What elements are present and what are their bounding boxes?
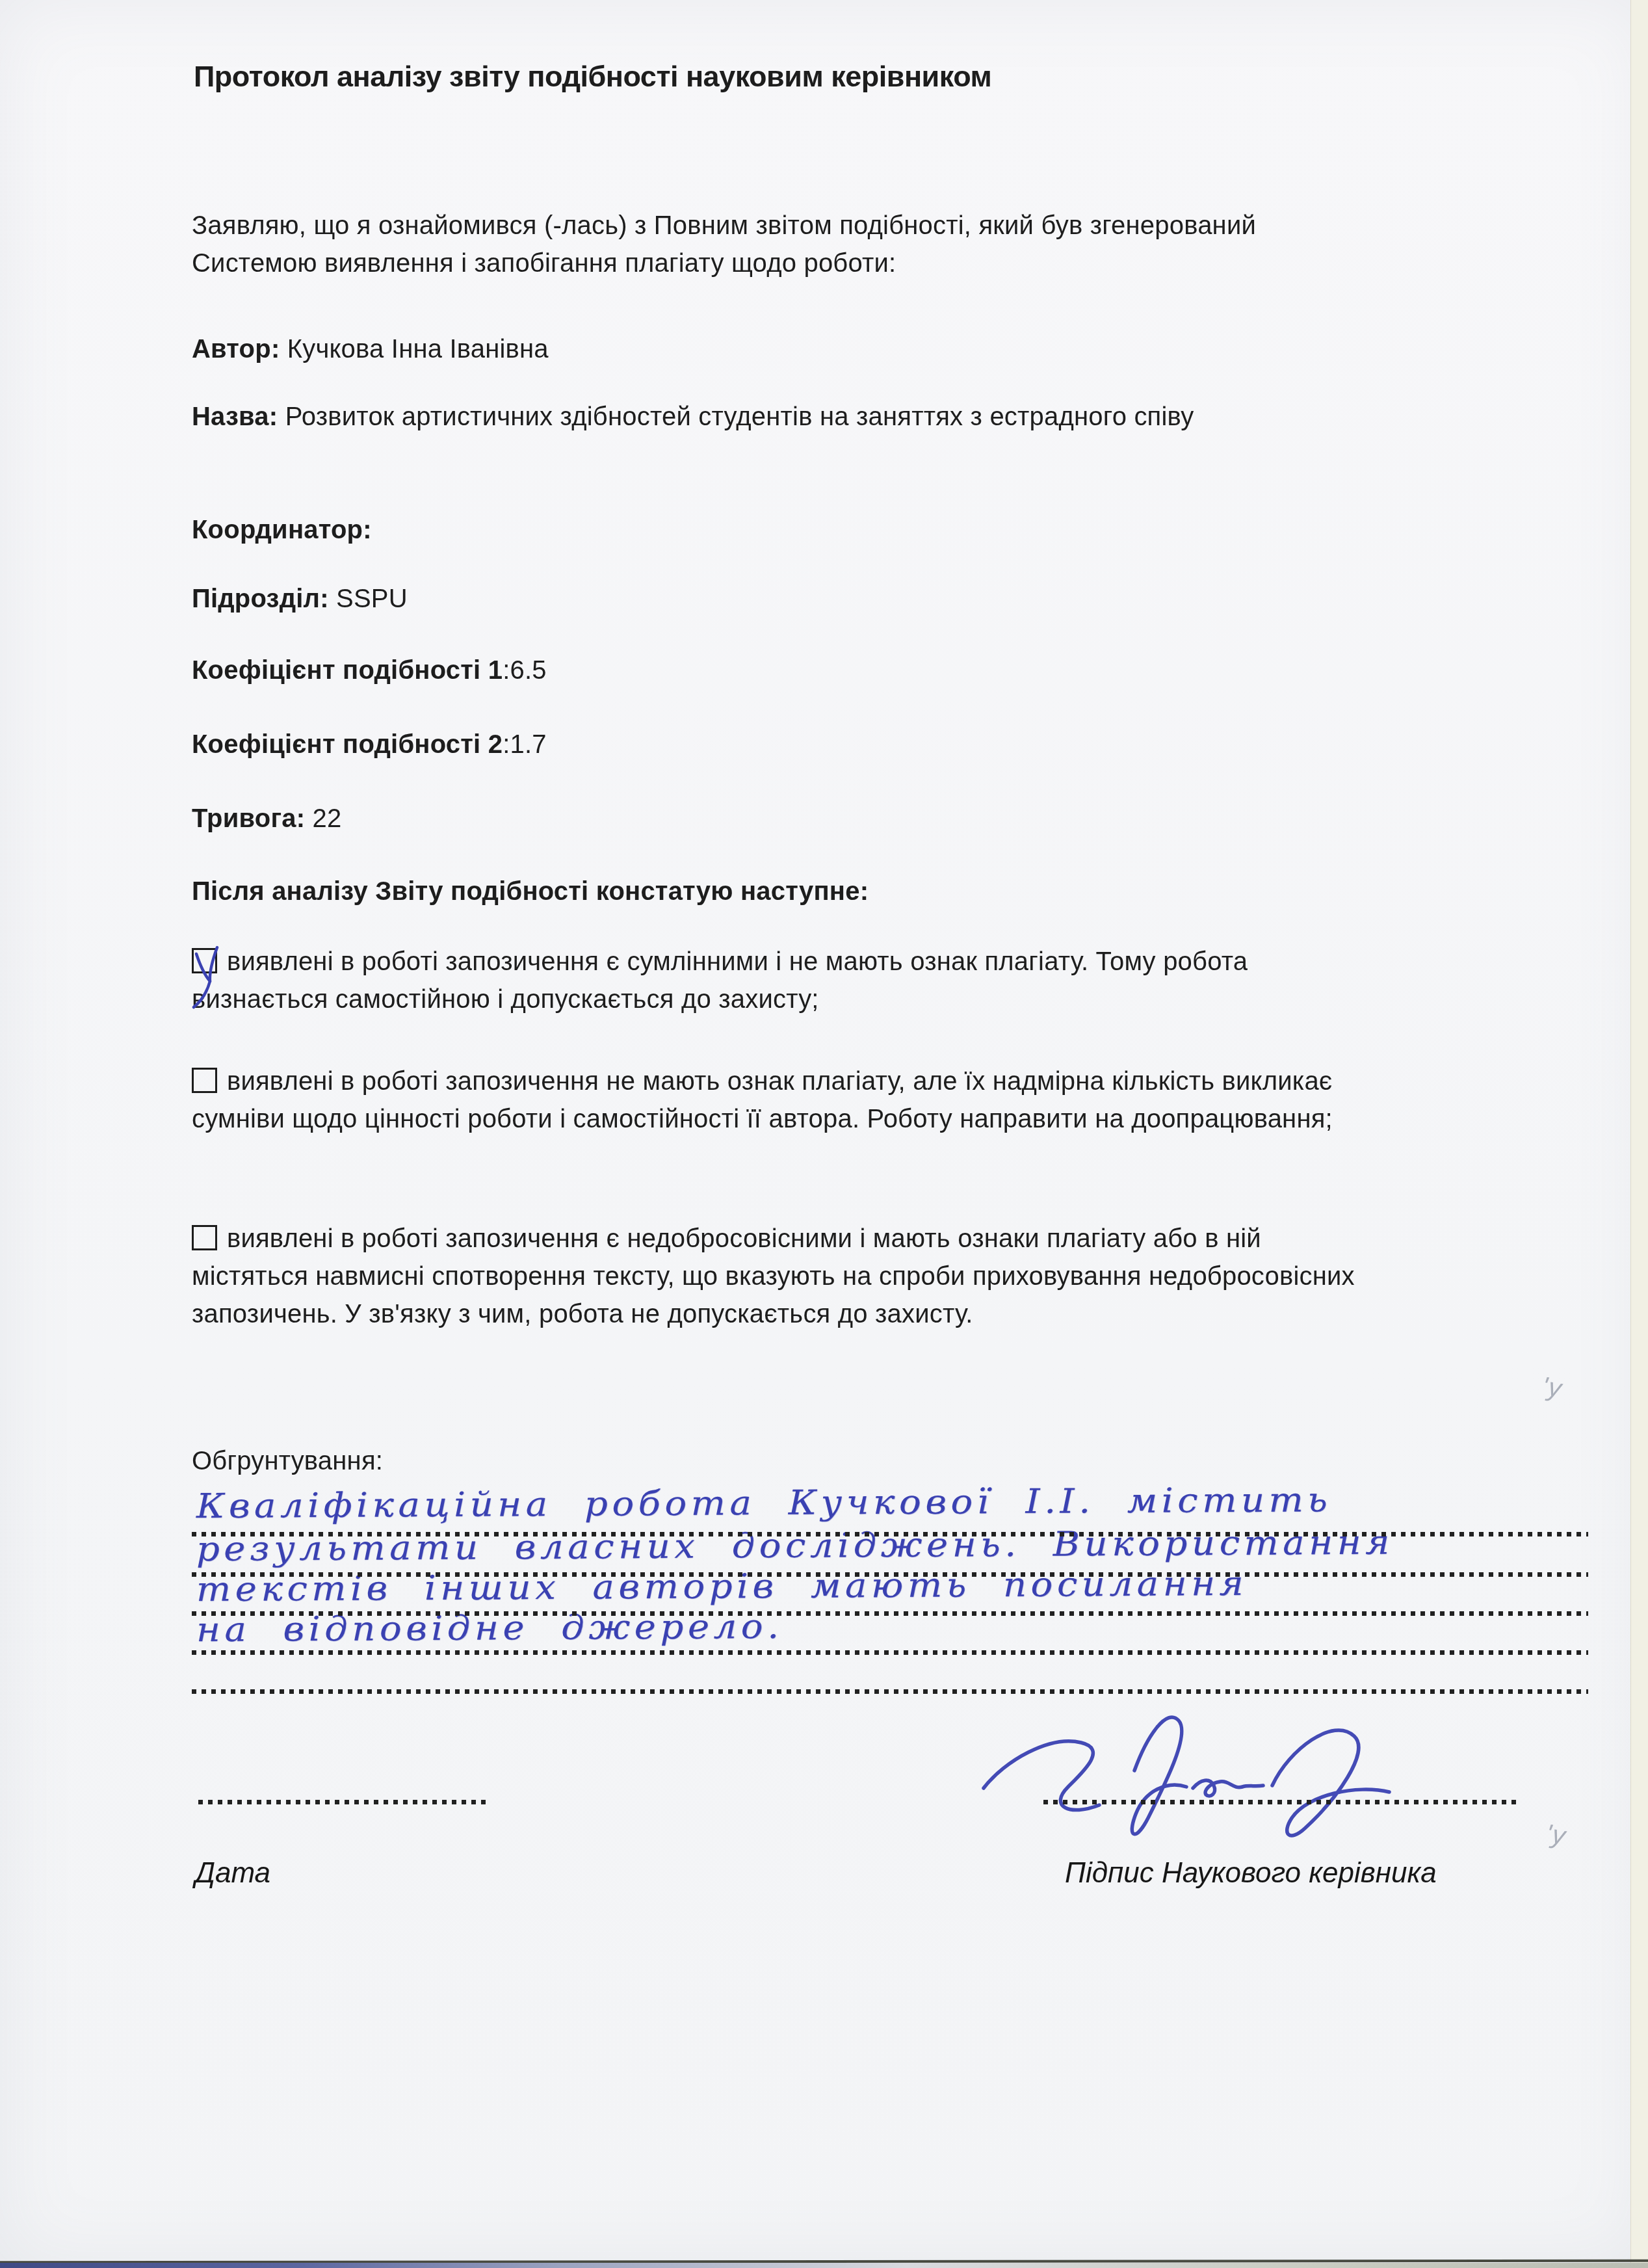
alert-label: Тривога:: [192, 804, 305, 833]
coefficient2-value: :1.7: [503, 730, 547, 759]
checkbox-unchecked: [192, 1068, 217, 1093]
signature-label: Підпис Наукового керівника: [1065, 1857, 1437, 1890]
scan-edge-right: [1630, 0, 1648, 2268]
author-row: Автор: Кучкова Інна Іванівна: [192, 330, 1359, 368]
coefficient2-label: Коефіцієнт подібності 2: [192, 730, 503, 759]
statement-option-1: виявлені в роботі запозичення є сумлінни…: [192, 943, 1359, 1018]
dotted-line: [192, 1650, 1588, 1655]
alert-value: 22: [305, 804, 341, 833]
statement-option-text: виявлені в роботі запозичення є недоброс…: [192, 1224, 1355, 1328]
scan-edge-bottom-shadow: [0, 2263, 1648, 2268]
scan-artifact: 'у: [1544, 1819, 1569, 1851]
justification-label: Обгрунтування:: [192, 1442, 1359, 1480]
check-mark-icon: [189, 942, 228, 1014]
signature-dotted-line: [1043, 1800, 1517, 1804]
author-label: Автор:: [192, 335, 280, 363]
statement-option-text: виявлені в роботі запозичення не мають о…: [192, 1067, 1333, 1133]
scan-artifact: 'у: [1540, 1372, 1565, 1404]
alert-row: Тривога: 22: [192, 800, 1359, 837]
handwritten-line: Кваліфікаційна робота Кучкової І.І. міст…: [196, 1483, 1332, 1524]
statement-heading: Після аналізу Звіту подібності констатую…: [192, 873, 1359, 910]
date-label: Дата: [195, 1857, 270, 1890]
page-title: Протокол аналізу звіту подібності науков…: [194, 60, 1494, 94]
date-dotted-line: [198, 1800, 491, 1804]
department-row: Підрозділ: SSPU: [192, 580, 1359, 618]
statement-option-3: виявлені в роботі запозичення є недоброс…: [192, 1220, 1359, 1333]
department-label: Підрозділ:: [192, 585, 329, 613]
dotted-line: [192, 1532, 1588, 1536]
checkbox-unchecked: [192, 1225, 217, 1250]
coefficient1-value: :6.5: [503, 656, 547, 685]
dotted-line: [192, 1572, 1588, 1577]
intro-paragraph: Заявляю, що я ознайомився (-лась) з Повн…: [192, 207, 1359, 282]
coefficient1-row: Коефіцієнт подібності 1:6.5: [192, 652, 1359, 689]
coordinator-label: Координатор:: [192, 516, 372, 544]
coefficient2-row: Коефіцієнт подібності 2:1.7: [192, 726, 1359, 763]
work-title-value: Розвиток артистичних здібностей студенті…: [278, 402, 1194, 431]
statement-option-2: виявлені в роботі запозичення не мають о…: [192, 1062, 1359, 1138]
work-title-label: Назва:: [192, 402, 278, 431]
supervisor-signature: [972, 1689, 1401, 1852]
coordinator-row: Координатор:: [192, 511, 1359, 549]
author-value: Кучкова Інна Іванівна: [280, 335, 548, 363]
department-value: SSPU: [329, 585, 408, 613]
scanned-document-page: Протокол аналізу звіту подібності науков…: [0, 0, 1648, 2268]
coefficient1-label: Коефіцієнт подібності 1: [192, 656, 503, 685]
work-title-row: Назва: Розвиток артистичних здібностей с…: [192, 398, 1359, 436]
checkbox-checked: [192, 948, 217, 973]
dotted-line: [192, 1611, 1588, 1616]
statement-option-text: виявлені в роботі запозичення є сумлінни…: [192, 947, 1248, 1014]
